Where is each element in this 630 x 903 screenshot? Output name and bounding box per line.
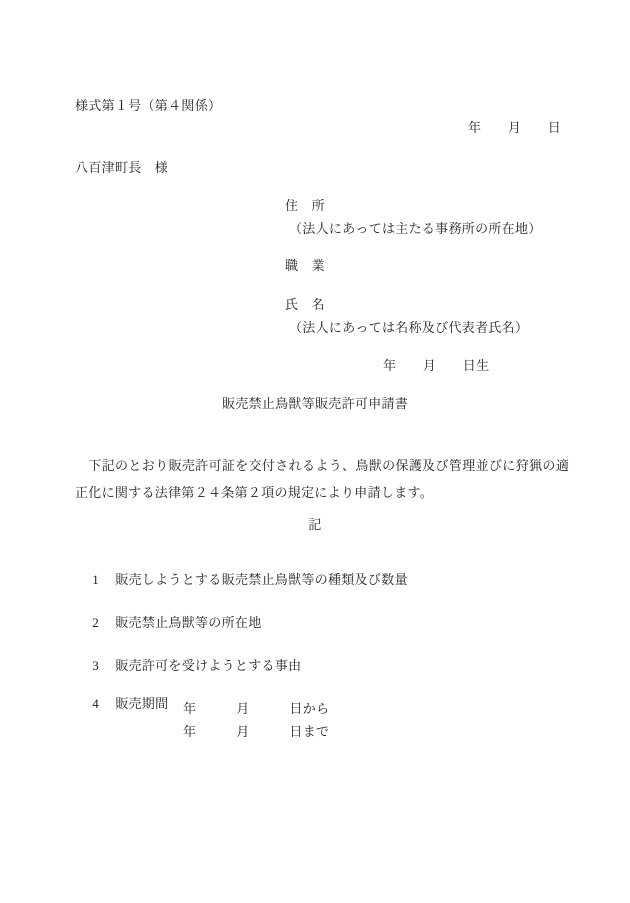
birthdate-line: 年 月 日生 xyxy=(383,357,489,374)
item-text: 販売禁止鳥獣等の所在地 xyxy=(115,615,261,630)
item-number: 4 xyxy=(92,695,115,712)
name-note: （法人にあっては名称及び代表者氏名） xyxy=(289,319,528,336)
address-label: 住 所 xyxy=(285,197,325,214)
document-title: 販売禁止鳥獣等販売許可申請書 xyxy=(0,395,630,412)
application-form-page: 様式第１号（第４関係） 年 月 日 八百津町長 様 住 所 （法人にあっては主た… xyxy=(0,0,630,903)
item-number: 3 xyxy=(92,657,115,674)
address-note: （法人にあっては主たる事務所の所在地） xyxy=(289,220,542,237)
sale-period-to: 年 月 日まで xyxy=(183,723,329,740)
sale-period-from: 年 月 日から xyxy=(183,700,329,717)
addressee: 八百津町長 様 xyxy=(75,159,168,176)
item-text: 販売許可を受けようとする事由 xyxy=(115,658,301,673)
item-number: 2 xyxy=(92,614,115,631)
item-text: 販売期間 xyxy=(115,696,168,711)
name-label: 氏 名 xyxy=(285,296,325,313)
item-text: 販売しようとする販売禁止鳥獣等の種類及び数量 xyxy=(115,572,408,587)
item-number: 1 xyxy=(92,571,115,588)
record-marker: 記 xyxy=(0,516,630,533)
header-date-line: 年 月 日 xyxy=(468,119,561,136)
application-statement: 下記のとおり販売許可証を交付されるよう、鳥獣の保護及び管理並びに狩猟の適正化に関… xyxy=(75,452,569,506)
occupation-label: 職 業 xyxy=(285,257,325,274)
form-number: 様式第１号（第４関係） xyxy=(75,97,221,114)
list-item-4: 4販売期間 xyxy=(78,678,168,729)
